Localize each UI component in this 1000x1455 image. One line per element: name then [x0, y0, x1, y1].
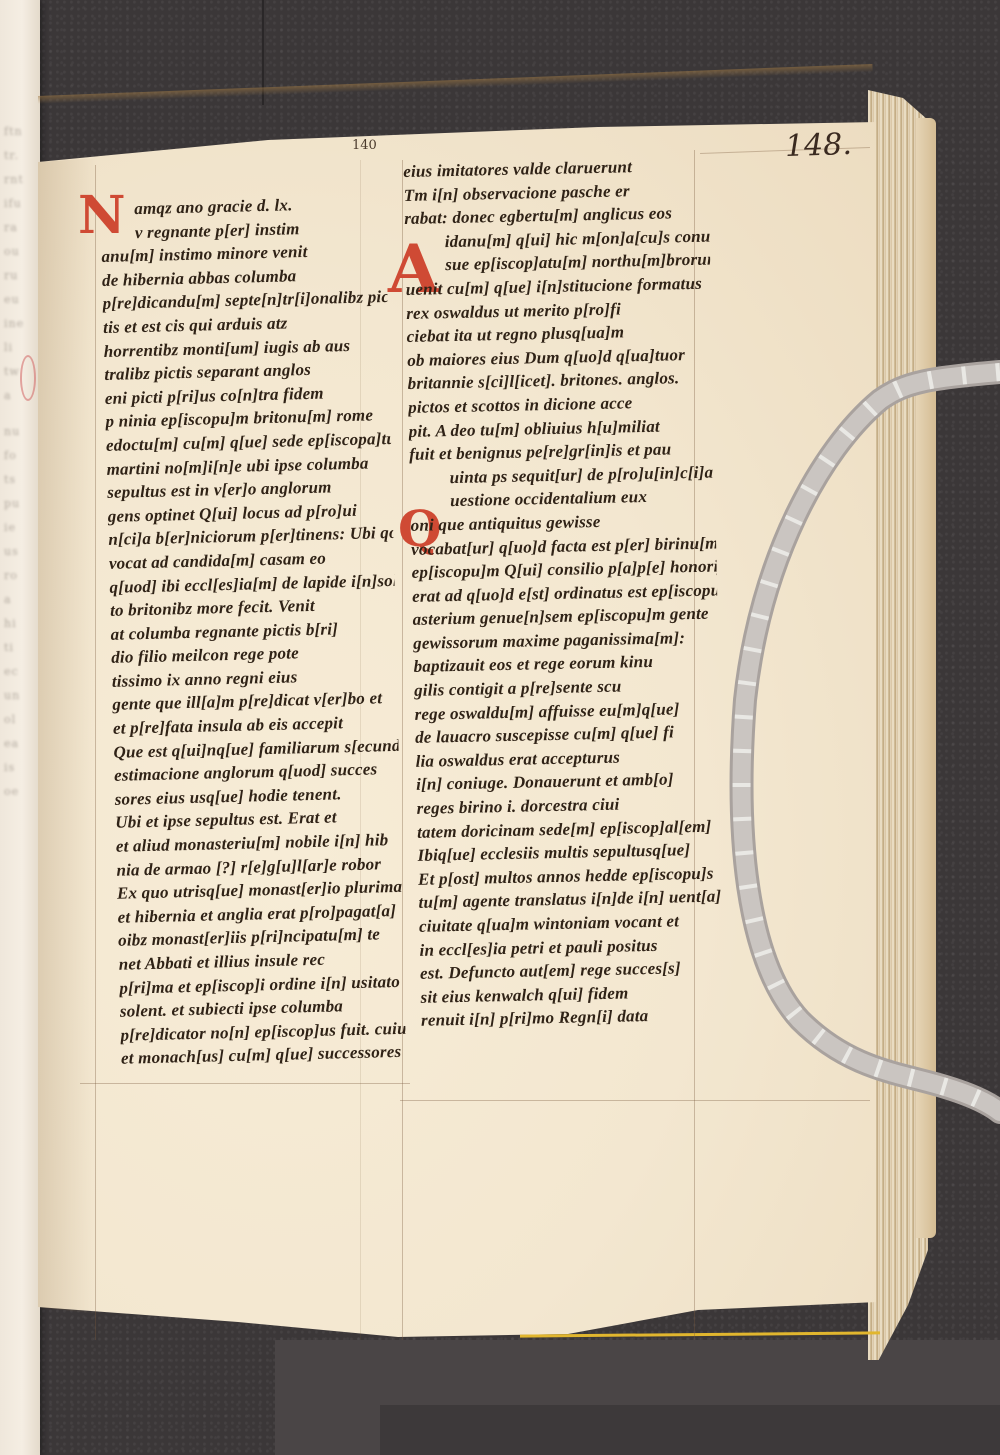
book-snake-weight-icon[interactable] [0, 0, 1000, 1455]
